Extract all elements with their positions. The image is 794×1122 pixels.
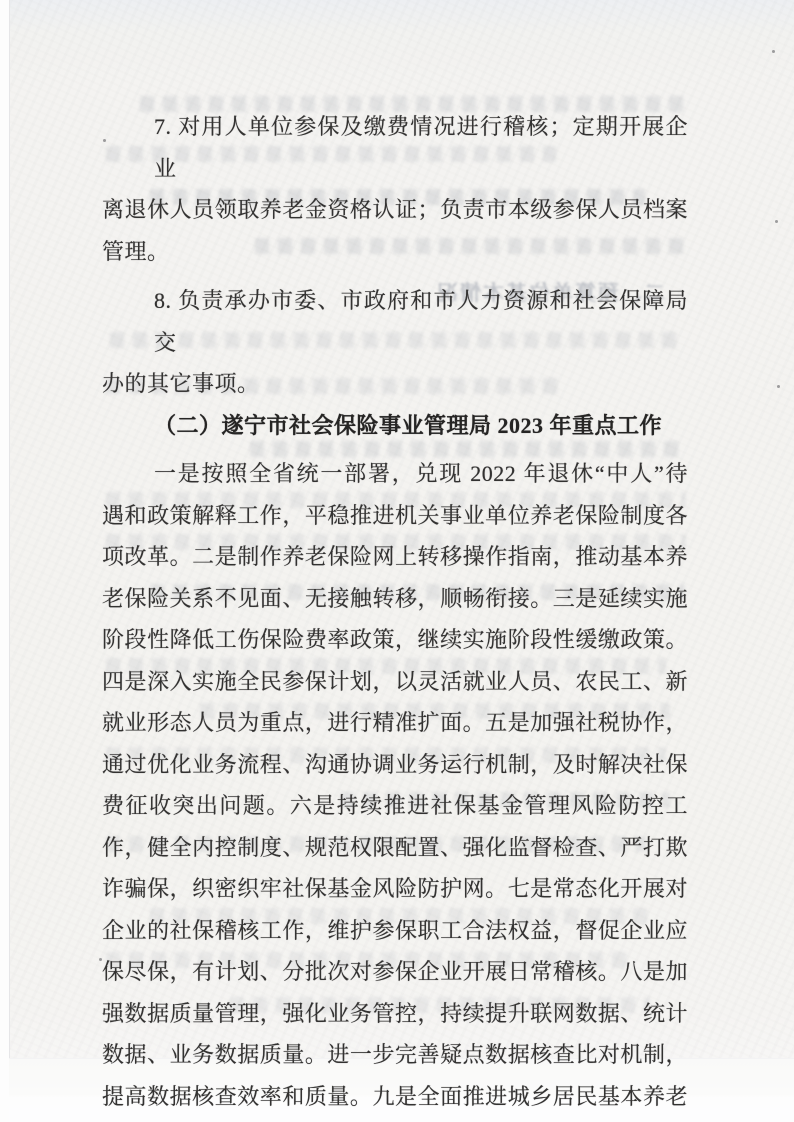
paragraph-item-7: 7. 对用人单位参保及缴费情况进行稽核；定期开展企业离退休人员领取养老金资格认证… <box>102 106 688 272</box>
text-line: 办的其它事项。 <box>102 363 688 405</box>
text-line: 管理。 <box>102 231 688 273</box>
text-line: 项改革。二是制作养老保险网上转移操作指南，推动基本养 <box>102 536 688 578</box>
scan-speck <box>777 385 780 388</box>
paragraph-item-8: 8. 负责承办市委、市政府和市人力资源和社会保障局交办的其它事项。 <box>102 280 688 405</box>
text-line: 四是深入实施全民参保计划，以灵活就业人员、农民工、新 <box>102 661 688 703</box>
text-line: 一是按照全省统一部署，兑现 2022 年退休“中人”待 <box>102 453 688 495</box>
text-line: 企业的社保稽核工作，维护参保职工合法权益，督促企业应 <box>102 910 688 952</box>
text-line: 8. 负责承办市委、市政府和市人力资源和社会保障局交 <box>102 280 688 363</box>
scan-left-edge <box>0 0 10 1122</box>
scanned-document-page: 二、预算单位基本情况 7. 对用人单位参保及缴费情况进行稽核；定期开展企业离退休… <box>0 0 794 1122</box>
scan-speck <box>772 50 775 53</box>
scan-speck <box>99 958 102 961</box>
paragraph-section-heading: （二）遂宁市社会保险事业管理局 2023 年重点工作 <box>102 405 688 447</box>
text-line: 数据、业务数据质量。进一步完善疑点数据核查比对机制， <box>102 1034 688 1076</box>
section-heading-line: （二）遂宁市社会保险事业管理局 2023 年重点工作 <box>102 405 688 447</box>
document-body: 7. 对用人单位参保及缴费情况进行稽核；定期开展企业离退休人员领取养老金资格认证… <box>102 106 688 1117</box>
text-line: 遇和政策解释工作，平稳推进机关事业单位养老保险制度各 <box>102 495 688 537</box>
scan-speck <box>775 220 778 223</box>
text-line: 诈骗保，织密织牢社保基金风险防护网。七是常态化开展对 <box>102 868 688 910</box>
text-line: 强数据质量管理，强化业务管控，持续提升联网数据、统计 <box>102 993 688 1035</box>
text-line: 通过优化业务流程、沟通协调业务运行机制，及时解决社保 <box>102 744 688 786</box>
text-line: 提高数据核查效率和质量。九是全面推进城乡居民基本养老 <box>102 1076 688 1118</box>
text-line: 费征收突出问题。六是持续推进社保基金管理风险防控工 <box>102 785 688 827</box>
text-line: 保尽保，有计划、分批次对参保企业开展日常稽核。八是加 <box>102 951 688 993</box>
text-line: 阶段性降低工伤保险费率政策，继续实施阶段性缓缴政策。 <box>102 619 688 661</box>
scan-speck <box>103 139 106 142</box>
text-line: 离退休人员领取养老金资格认证；负责市本级参保人员档案 <box>102 189 688 231</box>
paragraph-key-work-2023: 一是按照全省统一部署，兑现 2022 年退休“中人”待遇和政策解释工作，平稳推进… <box>102 453 688 1117</box>
text-line: 作，健全内控制度、规范权限配置、强化监督检查、严打欺 <box>102 827 688 869</box>
text-line: 就业形态人员为重点，进行精准扩面。五是加强社税协作， <box>102 702 688 744</box>
text-line: 7. 对用人单位参保及缴费情况进行稽核；定期开展企业 <box>102 106 688 189</box>
text-line: 老保险关系不见面、无接触转移，顺畅衔接。三是延续实施 <box>102 578 688 620</box>
